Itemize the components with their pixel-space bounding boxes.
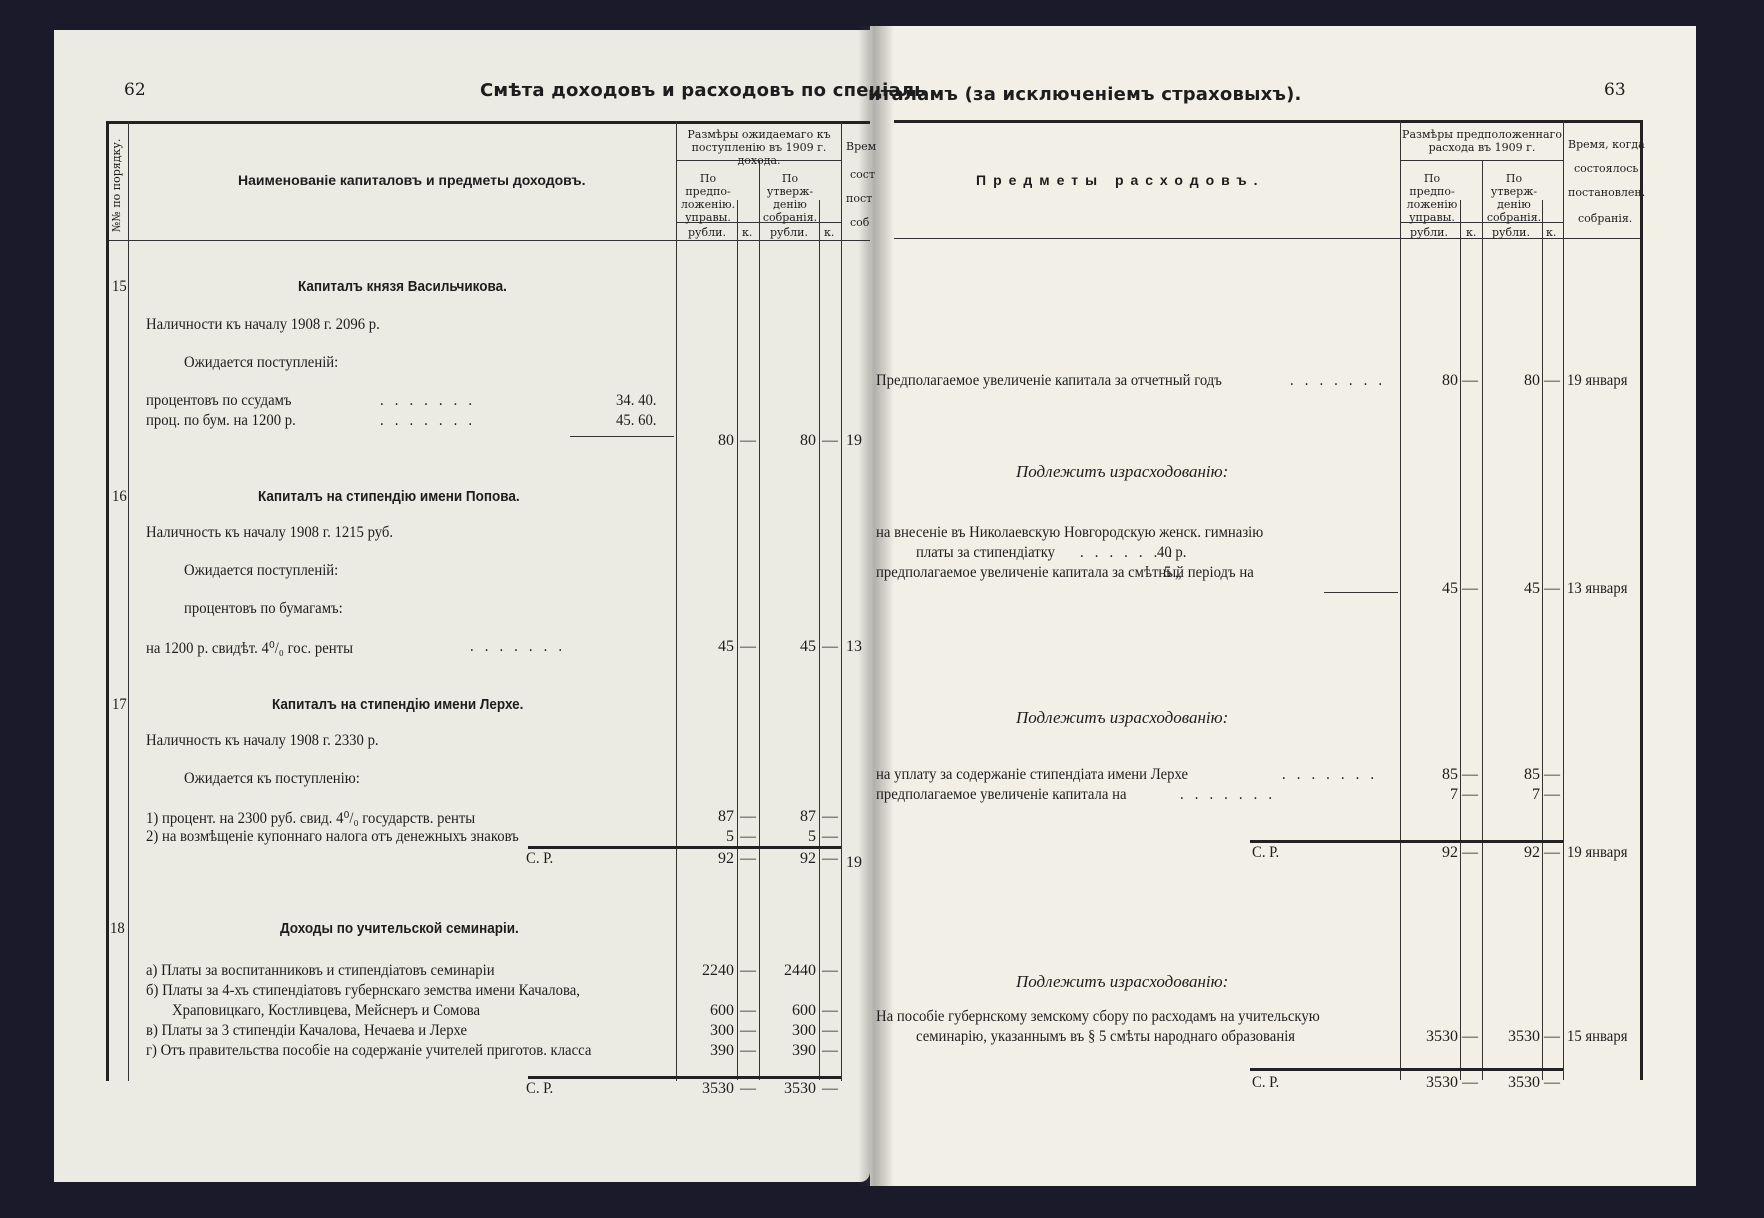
line-text: платы за стипендіатку xyxy=(916,544,1055,562)
col-header-planned: Размѣры предположеннаго расхода въ 1909 … xyxy=(1402,128,1562,154)
proposal-amount: 45 xyxy=(1414,580,1458,598)
col-header-proposal: По предпо-ложенію. управы. xyxy=(680,172,736,224)
dash: — xyxy=(1544,1028,1560,1046)
page-number-left: 62 xyxy=(124,80,146,100)
proposal-amount: 80 xyxy=(690,432,734,450)
line-text: на уплату за содержаніе стипендіата имен… xyxy=(876,766,1188,784)
line-amount: 45. 60. xyxy=(616,412,656,430)
dash: — xyxy=(1544,1074,1560,1092)
approval-total: 3530 xyxy=(1496,1074,1540,1092)
line-text: 2) на возмѣщеніе купоннаго налога отъ де… xyxy=(146,828,519,846)
approval-amount: 3530 xyxy=(1496,1028,1540,1046)
dash: — xyxy=(1462,580,1478,598)
dash: — xyxy=(822,1042,838,1060)
row-number: 18 xyxy=(110,920,125,938)
balance-text: Наличности къ началу 1908 г. 2096 р. xyxy=(146,316,380,334)
total-label: С. Р. xyxy=(1252,844,1279,862)
decision-date: 19 января xyxy=(1567,844,1627,862)
line-amount: 5 „ xyxy=(1164,564,1182,582)
col-header-expected: Размѣры ожидаемаго къ поступленію въ 190… xyxy=(678,128,840,167)
section-title: Капиталъ на стипендію имени Лерхе. xyxy=(272,696,523,713)
line-text: 1) процент. на 2300 руб. свид. 4⁰/₀ госу… xyxy=(146,808,475,828)
dash: — xyxy=(822,1080,838,1098)
section-title: Капиталъ на стипендію имени Попова. xyxy=(258,488,520,505)
dash: — xyxy=(740,432,756,450)
dash: — xyxy=(740,962,756,980)
col-header-time: собранія. xyxy=(1578,212,1632,225)
date-partial: 13 xyxy=(846,638,862,656)
proposal-total: 92 xyxy=(690,850,734,868)
line-text: семинарію, указаннымъ въ § 5 смѣты народ… xyxy=(916,1028,1295,1046)
approval-total: 3530 xyxy=(772,1080,816,1098)
col-divider xyxy=(1400,120,1401,1080)
leader-dots: ....... xyxy=(470,638,573,656)
approval-total: 92 xyxy=(772,850,816,868)
col-header-rubles: рубли. xyxy=(1410,226,1448,239)
dash: — xyxy=(1462,766,1478,784)
expected-label: Ожидается поступленій: xyxy=(184,562,338,580)
col-header-time: состоялось xyxy=(1574,162,1638,175)
table-right-border xyxy=(1640,120,1643,1080)
leader-dots: ....... xyxy=(380,392,483,410)
approval-amount: 87 xyxy=(772,808,816,826)
approval-amount: 390 xyxy=(772,1042,816,1060)
proposal-amount: 45 xyxy=(690,638,734,656)
decision-date: 19 января xyxy=(1567,372,1627,390)
dash: — xyxy=(740,1022,756,1040)
expected-label: Ожидается поступленій: xyxy=(184,354,338,372)
approval-amount: 7 xyxy=(1496,786,1540,804)
subheading: процентовъ по бумагамъ: xyxy=(184,600,343,618)
proposal-total: 92 xyxy=(1414,844,1458,862)
approval-amount: 80 xyxy=(1496,372,1540,390)
approval-amount: 600 xyxy=(772,1002,816,1020)
dash: — xyxy=(740,828,756,846)
section-heading: Подлежитъ израсходованію: xyxy=(1016,462,1228,482)
col-header-time: постановлен. xyxy=(1568,186,1645,199)
section-title: Капиталъ князя Васильчикова. xyxy=(298,278,507,295)
leader-dots: ....... xyxy=(1180,786,1283,804)
dash: — xyxy=(822,1002,838,1020)
proposal-total: 3530 xyxy=(690,1080,734,1098)
line-text: б) Платы за 4-хъ стипендіатовъ губернска… xyxy=(146,982,580,1000)
table-left-border xyxy=(106,121,109,1081)
line-text: Храповицкаго, Костливцева, Мейснеръ и Со… xyxy=(172,1002,480,1020)
line-text: на внесеніе въ Николаевскую Новгородскую… xyxy=(876,524,1263,542)
date-partial: 19 xyxy=(846,432,862,450)
row-number: 17 xyxy=(112,696,127,714)
line-text: На пособіе губернскому земскому сбору по… xyxy=(876,1008,1320,1026)
line-text: в) Платы за 3 стипендіи Качалова, Нечаев… xyxy=(146,1022,467,1040)
dash: — xyxy=(1462,372,1478,390)
line-text: а) Платы за воспитанниковъ и стипендіато… xyxy=(146,962,495,980)
dash: — xyxy=(1544,372,1560,390)
col-header-kopecks: к. xyxy=(742,226,752,239)
row-number: 15 xyxy=(112,278,127,296)
col-header-name: Наименованіе капиталовъ и предметы доход… xyxy=(238,172,586,188)
approval-amount: 300 xyxy=(772,1022,816,1040)
col-divider xyxy=(1482,160,1483,1080)
dash: — xyxy=(740,1042,756,1060)
dash: — xyxy=(740,1080,756,1098)
total-label: С. Р. xyxy=(526,1080,553,1098)
col-header-number: №№ по порядку. xyxy=(110,139,123,232)
dash: — xyxy=(1462,786,1478,804)
col-divider xyxy=(841,121,842,1081)
col-header-approval: По утверж-денію собранія. xyxy=(1486,172,1542,224)
sum-rule xyxy=(1250,1068,1563,1071)
col-header-rubles: рубли. xyxy=(770,226,808,239)
col-header-approval: По утверж-денію собранія. xyxy=(762,172,818,224)
col-header-time-partial: сост xyxy=(850,168,875,181)
line-text: г) Отъ правительства пособіе на содержан… xyxy=(146,1042,591,1060)
line-text: Предполагаемое увеличеніе капитала за от… xyxy=(876,372,1222,390)
approval-amount: 80 xyxy=(772,432,816,450)
table-header-rule-left xyxy=(106,240,870,241)
col-divider xyxy=(676,121,677,1081)
dash: — xyxy=(1462,844,1478,862)
row-number: 16 xyxy=(112,488,127,506)
line-text: процентовъ по ссудамъ xyxy=(146,392,292,410)
dash: — xyxy=(1544,766,1560,784)
col-header-proposal: По предпо-ложенію управы. xyxy=(1404,172,1460,224)
dash: — xyxy=(1544,844,1560,862)
line-text: на 1200 р. свидѣт. 4⁰/₀ гос. ренты xyxy=(146,638,353,658)
col-divider xyxy=(1460,200,1461,1080)
col-divider xyxy=(737,200,738,1080)
approval-total: 92 xyxy=(1496,844,1540,862)
proposal-amount: 300 xyxy=(690,1022,734,1040)
proposal-amount: 80 xyxy=(1414,372,1458,390)
sum-rule xyxy=(570,436,674,437)
col-header-kopecks: к. xyxy=(1466,226,1476,239)
col-divider xyxy=(759,160,760,1080)
approval-amount: 45 xyxy=(772,638,816,656)
dash: — xyxy=(740,850,756,868)
col-divider xyxy=(128,121,129,1081)
dash: — xyxy=(822,808,838,826)
proposal-amount: 85 xyxy=(1414,766,1458,784)
line-amount: 40 р. xyxy=(1157,544,1186,562)
approval-amount: 5 xyxy=(772,828,816,846)
balance-text: Наличность къ началу 1908 г. 1215 руб. xyxy=(146,524,393,542)
proposal-amount: 3530 xyxy=(1414,1028,1458,1046)
dash: — xyxy=(1544,786,1560,804)
section-title: Доходы по учительской семинаріи. xyxy=(280,920,519,937)
dash: — xyxy=(822,828,838,846)
proposal-amount: 600 xyxy=(690,1002,734,1020)
leader-dots: ....... xyxy=(1282,766,1385,784)
decision-date: 13 января xyxy=(1567,580,1627,598)
line-text: проц. по бум. на 1200 р. xyxy=(146,412,296,430)
col-header-time-partial: пост xyxy=(846,192,872,205)
sum-rule xyxy=(528,846,841,849)
total-label: С. Р. xyxy=(526,850,553,868)
proposal-amount: 5 xyxy=(690,828,734,846)
col-divider xyxy=(819,200,820,1080)
subheader-rule xyxy=(1400,160,1563,161)
col-divider xyxy=(1542,200,1543,1080)
section-heading: Подлежитъ израсходованію: xyxy=(1016,708,1228,728)
dash: — xyxy=(1462,1074,1478,1092)
leader-dots: ....... xyxy=(380,412,483,430)
col-header-time-partial: соб xyxy=(850,216,869,229)
dash: — xyxy=(822,850,838,868)
proposal-amount: 2240 xyxy=(690,962,734,980)
approval-amount: 85 xyxy=(1496,766,1540,784)
col-header-kopecks: к. xyxy=(1546,226,1556,239)
expected-label: Ожидается къ поступленію: xyxy=(184,770,360,788)
sum-rule xyxy=(1324,592,1398,593)
page-title-right: италамъ (за исключеніемъ страховыхъ). xyxy=(868,84,1302,105)
dash: — xyxy=(822,432,838,450)
line-text: предполагаемое увеличеніе капитала на xyxy=(876,786,1127,804)
dash: — xyxy=(740,1002,756,1020)
sum-rule xyxy=(1250,840,1563,843)
section-heading: Подлежитъ израсходованію: xyxy=(1016,972,1228,992)
dash: — xyxy=(740,808,756,826)
proposal-amount: 7 xyxy=(1414,786,1458,804)
proposal-total: 3530 xyxy=(1414,1074,1458,1092)
sum-rule xyxy=(528,1076,841,1079)
col-header-time: Время, когда xyxy=(1568,138,1645,151)
proposal-amount: 87 xyxy=(690,808,734,826)
col-header-kopecks: к. xyxy=(824,226,834,239)
page-number-right: 63 xyxy=(1604,80,1626,100)
line-amount: 34. 40. xyxy=(616,392,656,410)
page-title-left: Смѣта доходовъ и расходовъ по спеціаль xyxy=(480,80,926,101)
dash: — xyxy=(822,638,838,656)
date-partial: 19 xyxy=(846,854,862,872)
dash: — xyxy=(822,1022,838,1040)
col-header-rubles: рубли. xyxy=(688,226,726,239)
decision-date: 15 января xyxy=(1567,1028,1627,1046)
approval-amount: 2440 xyxy=(772,962,816,980)
dash: — xyxy=(1544,580,1560,598)
col-header-items: Предметы расходовъ. xyxy=(976,172,1264,188)
balance-text: Наличность къ началу 1908 г. 2330 р. xyxy=(146,732,379,750)
approval-amount: 45 xyxy=(1496,580,1540,598)
dash: — xyxy=(822,962,838,980)
col-header-rubles: рубли. xyxy=(1492,226,1530,239)
col-header-time-partial: Врем xyxy=(846,140,876,153)
dash: — xyxy=(1462,1028,1478,1046)
proposal-amount: 390 xyxy=(690,1042,734,1060)
line-text: предполагаемое увеличеніе капитала за см… xyxy=(876,564,1254,582)
table-top-rule-right xyxy=(894,120,1640,123)
col-divider xyxy=(1563,120,1564,1080)
total-label: С. Р. xyxy=(1252,1074,1279,1092)
leader-dots: ....... xyxy=(1290,372,1393,390)
table-top-rule-left xyxy=(106,121,870,124)
dash: — xyxy=(740,638,756,656)
